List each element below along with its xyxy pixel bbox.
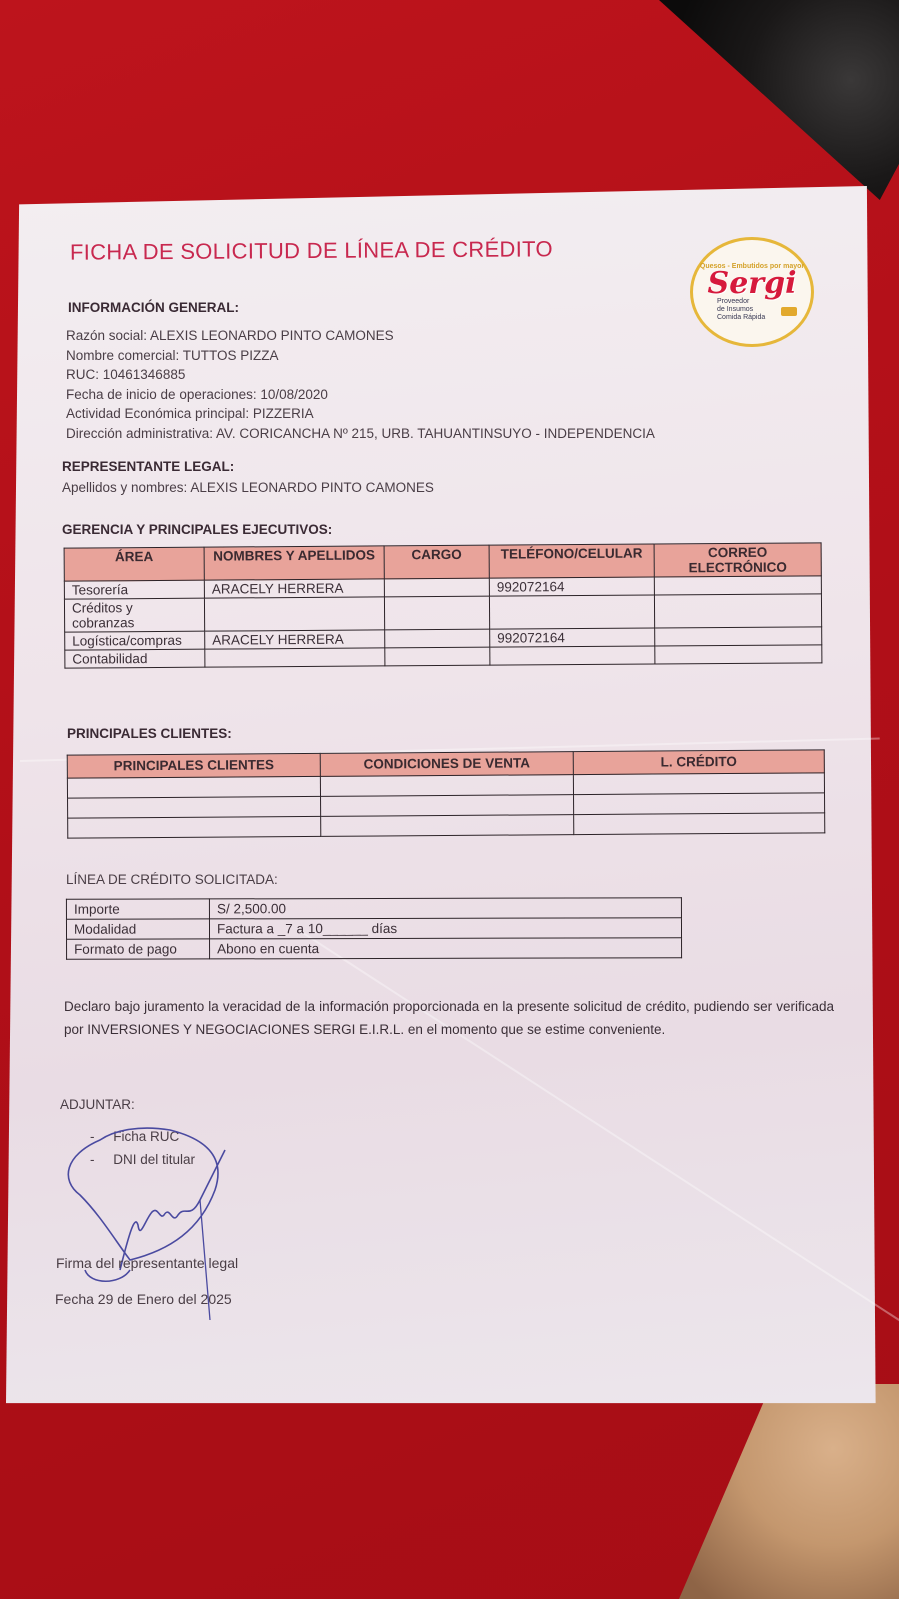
table-row: ImporteS/ 2,500.00 <box>66 898 681 920</box>
declaration-text: Declaro bajo juramento la veracidad de l… <box>64 995 834 1041</box>
column-header: CONDICIONES DE VENTA <box>320 752 573 777</box>
truck-icon <box>781 307 797 316</box>
table-row: Créditos y cobranzas <box>64 594 821 632</box>
column-header: L. CRÉDITO <box>573 750 824 775</box>
ruc: RUC: 10461346885 <box>66 365 655 385</box>
column-header: CORREO ELECTRÓNICO <box>654 543 821 577</box>
nombre-comercial: Nombre comercial: TUTTOS PIZZA <box>66 346 655 366</box>
executives-heading: GERENCIA Y PRINCIPALES EJECUTIVOS: <box>62 522 332 537</box>
credit-line-heading: LÍNEA DE CRÉDITO SOLICITADA: <box>66 870 278 890</box>
column-header: NOMBRES Y APELLIDOS <box>204 546 384 580</box>
logo-subtitle: Proveedor de Insumos Comida Rápida <box>717 298 787 322</box>
credit-line-table: ImporteS/ 2,500.00 ModalidadFactura a _7… <box>66 897 682 960</box>
column-header: PRINCIPALES CLIENTES <box>67 753 320 778</box>
date-line: Fecha 29 de Enero del 2025 <box>55 1290 232 1310</box>
table-header-row: ÁREA NOMBRES Y APELLIDOS CARGO TELÉFONO/… <box>64 543 821 581</box>
clients-heading: PRINCIPALES CLIENTES: <box>67 726 232 741</box>
attachment-item: - DNI del titular <box>90 1150 195 1170</box>
bullet-dash: - <box>90 1152 113 1167</box>
table-row: Formato de pagoAbono en cuenta <box>67 938 682 960</box>
bullet-dash: - <box>90 1129 113 1144</box>
general-info-heading: INFORMACIÓN GENERAL: <box>68 300 239 315</box>
clients-table: PRINCIPALES CLIENTES CONDICIONES DE VENT… <box>67 749 826 838</box>
column-header: TELÉFONO/CELULAR <box>489 544 654 578</box>
signature-label: Firma del representante legal <box>56 1254 238 1274</box>
logo-brand: Sergi <box>708 270 797 298</box>
legal-rep-name: Apellidos y nombres: ALEXIS LEONARDO PIN… <box>62 478 434 498</box>
razon-social: Razón social: ALEXIS LEONARDO PINTO CAMO… <box>66 326 655 346</box>
fecha-inicio: Fecha de inicio de operaciones: 10/08/20… <box>66 385 655 405</box>
legal-rep-heading: REPRESENTANTE LEGAL: <box>62 459 234 474</box>
direccion: Dirección administrativa: AV. CORICANCHA… <box>66 424 655 444</box>
table-row: ModalidadFactura a _7 a 10______ días <box>66 918 681 940</box>
executives-table: ÁREA NOMBRES Y APELLIDOS CARGO TELÉFONO/… <box>64 542 823 668</box>
column-header: CARGO <box>384 545 489 579</box>
attachments-heading: ADJUNTAR: <box>60 1095 135 1115</box>
document-title: FICHA DE SOLICITUD DE LÍNEA DE CRÉDITO <box>70 236 553 265</box>
attachment-item: - Ficha RUC <box>90 1127 179 1147</box>
column-header: ÁREA <box>64 547 204 581</box>
general-info-block: Razón social: ALEXIS LEONARDO PINTO CAMO… <box>66 326 655 443</box>
actividad-economica: Actividad Económica principal: PIZZERIA <box>66 404 655 424</box>
sergi-logo: Quesos - Embutidos por mayor Sergi Prove… <box>690 237 814 347</box>
